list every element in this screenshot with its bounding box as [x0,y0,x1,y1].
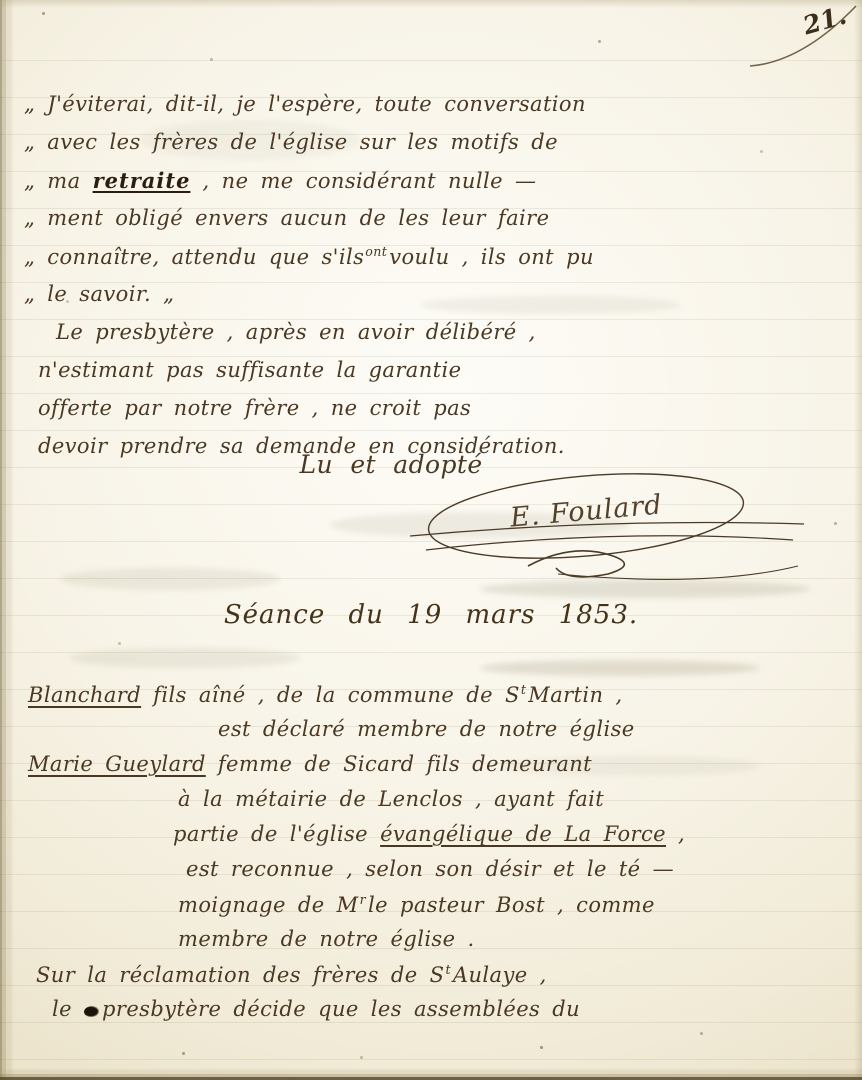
manuscript-line: est reconnue , selon son désir et le té … [186,857,685,892]
manuscript-line: „connaître, attendu que s'ilsontvoulu , … [24,244,594,282]
text-segment: ont [365,244,387,259]
manuscript-line: moignage de Mrle pasteur Bost , comme [178,892,685,927]
page-bottom-edge [0,1068,862,1080]
session-heading: Séance du 19 mars 1853. [0,600,862,630]
manuscript-line: Le presbytère , après en avoir délibéré … [56,320,565,358]
text-segment: Martin , [528,683,622,707]
text-segment: Marie Gueylard [28,752,206,776]
manuscript-line: partie de l'église évangélique de La For… [173,822,685,857]
manuscript-line: Sur la réclamation des frères de StAulay… [36,962,685,997]
text-segment: le pasteur Bost , comme [368,893,655,917]
manuscript-line: „avec les frères de l'église sur les mot… [24,130,594,168]
text-segment: ma [47,169,92,193]
page-right-edge [854,0,862,1080]
text-segment: , [666,822,685,846]
text-segment: partie de l'église [173,822,380,846]
text-segment: Blanchard [28,683,141,707]
text-segment: t [445,962,450,977]
manuscript-line: „J'éviterai, dit-il, je l'espère, toute … [24,92,594,130]
text-segment: évangélique de La Force [380,822,666,846]
manuscript-page: { "page": { "number": "21.", "language":… [0,0,862,1080]
text-segment: moignage de M [178,893,359,917]
text-segment: Le presbytère , après en avoir délibéré … [56,320,536,344]
signature-flourish [408,470,808,588]
manuscript-line: Marie Gueylard femme de Sicard fils deme… [28,752,685,787]
page-left-edge [0,0,14,1080]
text-segment: fils aîné , de la commune de S [141,683,520,707]
text-segment: presbytère décide que les assemblées du [102,997,580,1021]
quoted-statement-paragraph: „J'éviterai, dit-il, je l'espère, toute … [24,92,594,320]
text-segment: „ [24,92,35,116]
manuscript-line: „ment obligé envers aucun de les leur fa… [24,206,594,244]
text-segment: Sur la réclamation des frères de S [36,963,444,987]
minutes-paragraph: Blanchard fils aîné , de la commune de S… [28,682,685,1032]
corner-arc-flourish [744,0,862,76]
text-segment: Aulaye , [453,963,547,987]
ink-blot [84,1006,99,1017]
text-segment: le [52,997,84,1021]
ink-bleed-smudge [60,568,280,590]
text-segment: „ [24,206,35,230]
signature-block: E. Foulard [408,470,808,588]
text-segment: connaître, attendu que s'ils [47,245,364,269]
text-segment: le savoir. „ [47,282,174,306]
text-segment: „ [24,282,35,306]
manuscript-line: membre de notre église . [178,927,685,962]
text-segment: à la métairie de Lenclos , ayant fait [178,787,604,811]
text-segment: „ [24,130,35,154]
manuscript-line: Blanchard fils aîné , de la commune de S… [28,682,685,717]
text-segment: n'estimant pas suffisante la garantie [38,358,461,382]
manuscript-line: à la métairie de Lenclos , ayant fait [178,787,685,822]
text-segment: , ne me considérant nulle — [190,169,536,193]
text-segment: membre de notre église . [178,927,475,951]
text-segment: est déclaré membre de notre église [218,717,635,741]
text-segment: J'éviterai, dit-il, je l'espère, toute c… [47,92,586,116]
text-segment: retraite [93,168,191,193]
text-segment: t [521,682,526,697]
text-segment: voulu , ils ont pu [389,245,594,269]
page-top-edge [0,0,862,8]
manuscript-line: offerte par notre frère , ne croit pas [38,396,565,434]
ink-bleed-smudge [480,660,760,676]
manuscript-line: est déclaré membre de notre église [218,717,685,752]
text-segment: „ [24,245,35,269]
text-segment: „ [24,169,35,193]
text-segment: r [360,892,366,907]
text-segment: offerte par notre frère , ne croit pas [38,396,471,420]
manuscript-line: n'estimant pas suffisante la garantie [38,358,565,396]
ink-bleed-smudge [70,648,300,668]
manuscript-line: „ma retraite , ne me considérant nulle — [24,168,594,206]
text-segment: ment obligé envers aucun de les leur fai… [47,206,549,230]
text-segment: avec les frères de l'église sur les moti… [47,130,558,154]
manuscript-line: „le savoir. „ [24,282,594,320]
manuscript-line: le presbytère décide que les assemblées … [52,997,685,1032]
text-segment: est reconnue , selon son désir et le té … [186,857,674,881]
text-segment: femme de Sicard fils demeurant [206,752,592,776]
